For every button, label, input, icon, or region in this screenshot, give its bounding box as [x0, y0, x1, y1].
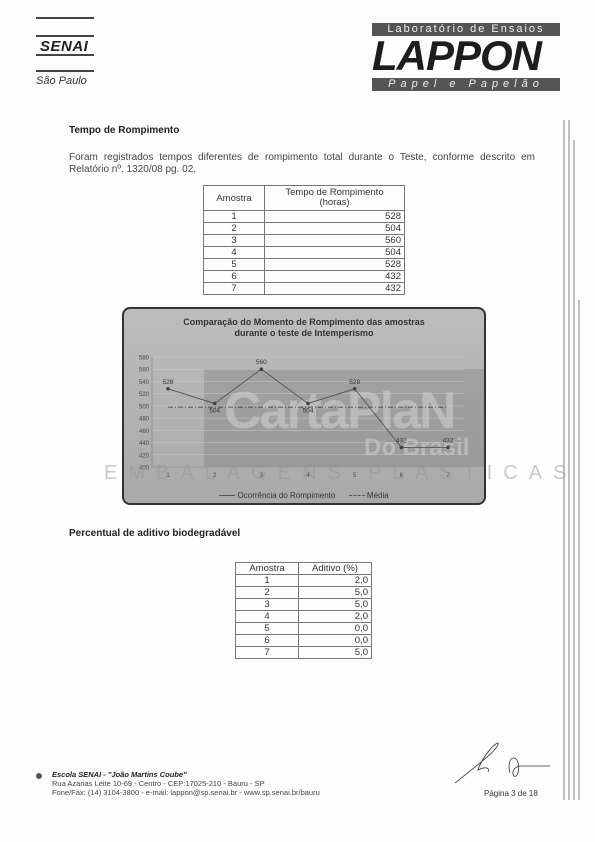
cell-value: 504	[265, 223, 405, 235]
section-title-rompimento: Tempo de Rompimento	[69, 125, 179, 136]
col-header-aditivo: Aditivo (%)	[299, 563, 372, 575]
table-row: 2504	[204, 223, 405, 235]
table-row: 25,0	[236, 587, 372, 599]
signature	[450, 738, 560, 788]
svg-text:520: 520	[139, 392, 150, 398]
legend-series-1: Ocorrência do Rompimento	[238, 491, 336, 500]
aditivo-table: Amostra Aditivo (%) 12,025,035,042,050,0…	[235, 562, 372, 659]
col-header-tempo: Tempo de Rompimento (horas)	[265, 186, 405, 211]
cell-value: 528	[265, 259, 405, 271]
svg-text:500: 500	[139, 404, 150, 410]
col-header-amostra: Amostra	[236, 563, 299, 575]
cell-amostra: 4	[204, 247, 265, 259]
svg-text:440: 440	[139, 441, 150, 447]
table-row: 60,0	[236, 635, 372, 647]
legend-line-icon	[219, 495, 235, 496]
logo-rule	[36, 70, 94, 72]
cell-value: 0,0	[299, 623, 372, 635]
table-row: 42,0	[236, 611, 372, 623]
section-title-aditivo: Percentual de aditivo biodegradável	[69, 528, 240, 539]
table-header-row: Amostra Aditivo (%)	[236, 563, 372, 575]
side-fine-print	[560, 100, 594, 820]
table-row: 6432	[204, 271, 405, 283]
svg-text:540: 540	[139, 380, 150, 386]
cell-amostra: 7	[236, 647, 299, 659]
cell-value: 432	[265, 283, 405, 295]
svg-text:504: 504	[209, 407, 220, 414]
svg-text:460: 460	[139, 429, 150, 435]
col-header-amostra: Amostra	[204, 186, 265, 211]
page-number: Página 3 de 18	[484, 789, 538, 798]
cell-value: 2,0	[299, 611, 372, 623]
cell-amostra: 4	[236, 611, 299, 623]
chart-legend: Ocorrência do Rompimento Média	[124, 491, 484, 500]
cell-value: 432	[265, 271, 405, 283]
cell-amostra: 5	[236, 623, 299, 635]
cell-value: 2,0	[299, 575, 372, 587]
table-row: 7432	[204, 283, 405, 295]
cell-value: 5,0	[299, 587, 372, 599]
footer-contact: Fone/Fax: (14) 3104-3800 - e-mail: lappo…	[52, 788, 320, 797]
senai-city: São Paulo	[36, 75, 87, 87]
cell-amostra: 2	[204, 223, 265, 235]
footer-address: Escola SENAI - "João Martins Coube" Rua …	[52, 770, 320, 797]
table-row: 50,0	[236, 623, 372, 635]
svg-text:560: 560	[256, 359, 267, 366]
svg-text:528: 528	[163, 379, 174, 386]
cell-value: 0,0	[299, 635, 372, 647]
svg-text:480: 480	[139, 417, 150, 423]
cell-value: 528	[265, 211, 405, 223]
table-row: 4504	[204, 247, 405, 259]
legend-series-2: Média	[367, 491, 389, 500]
table-header-row: Amostra Tempo de Rompimento (horas)	[204, 186, 405, 211]
svg-text:432: 432	[396, 437, 407, 444]
cell-amostra: 6	[236, 635, 299, 647]
senai-wordmark: SENAI	[40, 38, 88, 55]
svg-text:420: 420	[139, 453, 150, 459]
logo-rule	[36, 54, 94, 56]
svg-text:528: 528	[349, 379, 360, 386]
cell-amostra: 3	[204, 235, 265, 247]
footer-school: Escola SENAI - "João Martins Coube"	[52, 770, 187, 779]
lappon-wordmark: LAPPON	[372, 33, 541, 79]
logo-rule	[36, 17, 94, 19]
svg-text:580: 580	[139, 356, 150, 362]
cell-amostra: 1	[204, 211, 265, 223]
watermark-band-text: EMBALAGENS PLÁSTICAS	[104, 462, 577, 485]
table-row: 3560	[204, 235, 405, 247]
cell-value: 5,0	[299, 599, 372, 611]
svg-text:504: 504	[303, 407, 314, 414]
table-row: 75,0	[236, 647, 372, 659]
table-row: 12,0	[236, 575, 372, 587]
table-row: 35,0	[236, 599, 372, 611]
svg-text:560: 560	[139, 368, 150, 374]
table-row: 1528	[204, 211, 405, 223]
footer-street: Rua Azarias Leite 10-69 - Centro - CEP:1…	[52, 779, 265, 788]
lappon-tagline-bottom: Papel e Papelão	[372, 78, 560, 91]
logo-rule	[36, 35, 94, 37]
section-paragraph: Foram registrados tempos diferentes de r…	[69, 152, 535, 176]
cell-amostra: 2	[236, 587, 299, 599]
cell-value: 560	[265, 235, 405, 247]
cell-amostra: 5	[204, 259, 265, 271]
table-row: 5528	[204, 259, 405, 271]
cell-value: 5,0	[299, 647, 372, 659]
cell-amostra: 1	[236, 575, 299, 587]
rompimento-table: Amostra Tempo de Rompimento (horas) 1528…	[203, 185, 405, 295]
legend-dash-icon	[349, 495, 365, 496]
cell-amostra: 6	[204, 271, 265, 283]
bullet-icon	[36, 773, 42, 779]
svg-text:432: 432	[443, 437, 454, 444]
col-header-tempo-unit: (horas)	[319, 197, 349, 208]
cell-amostra: 7	[204, 283, 265, 295]
cell-amostra: 3	[236, 599, 299, 611]
cell-value: 504	[265, 247, 405, 259]
